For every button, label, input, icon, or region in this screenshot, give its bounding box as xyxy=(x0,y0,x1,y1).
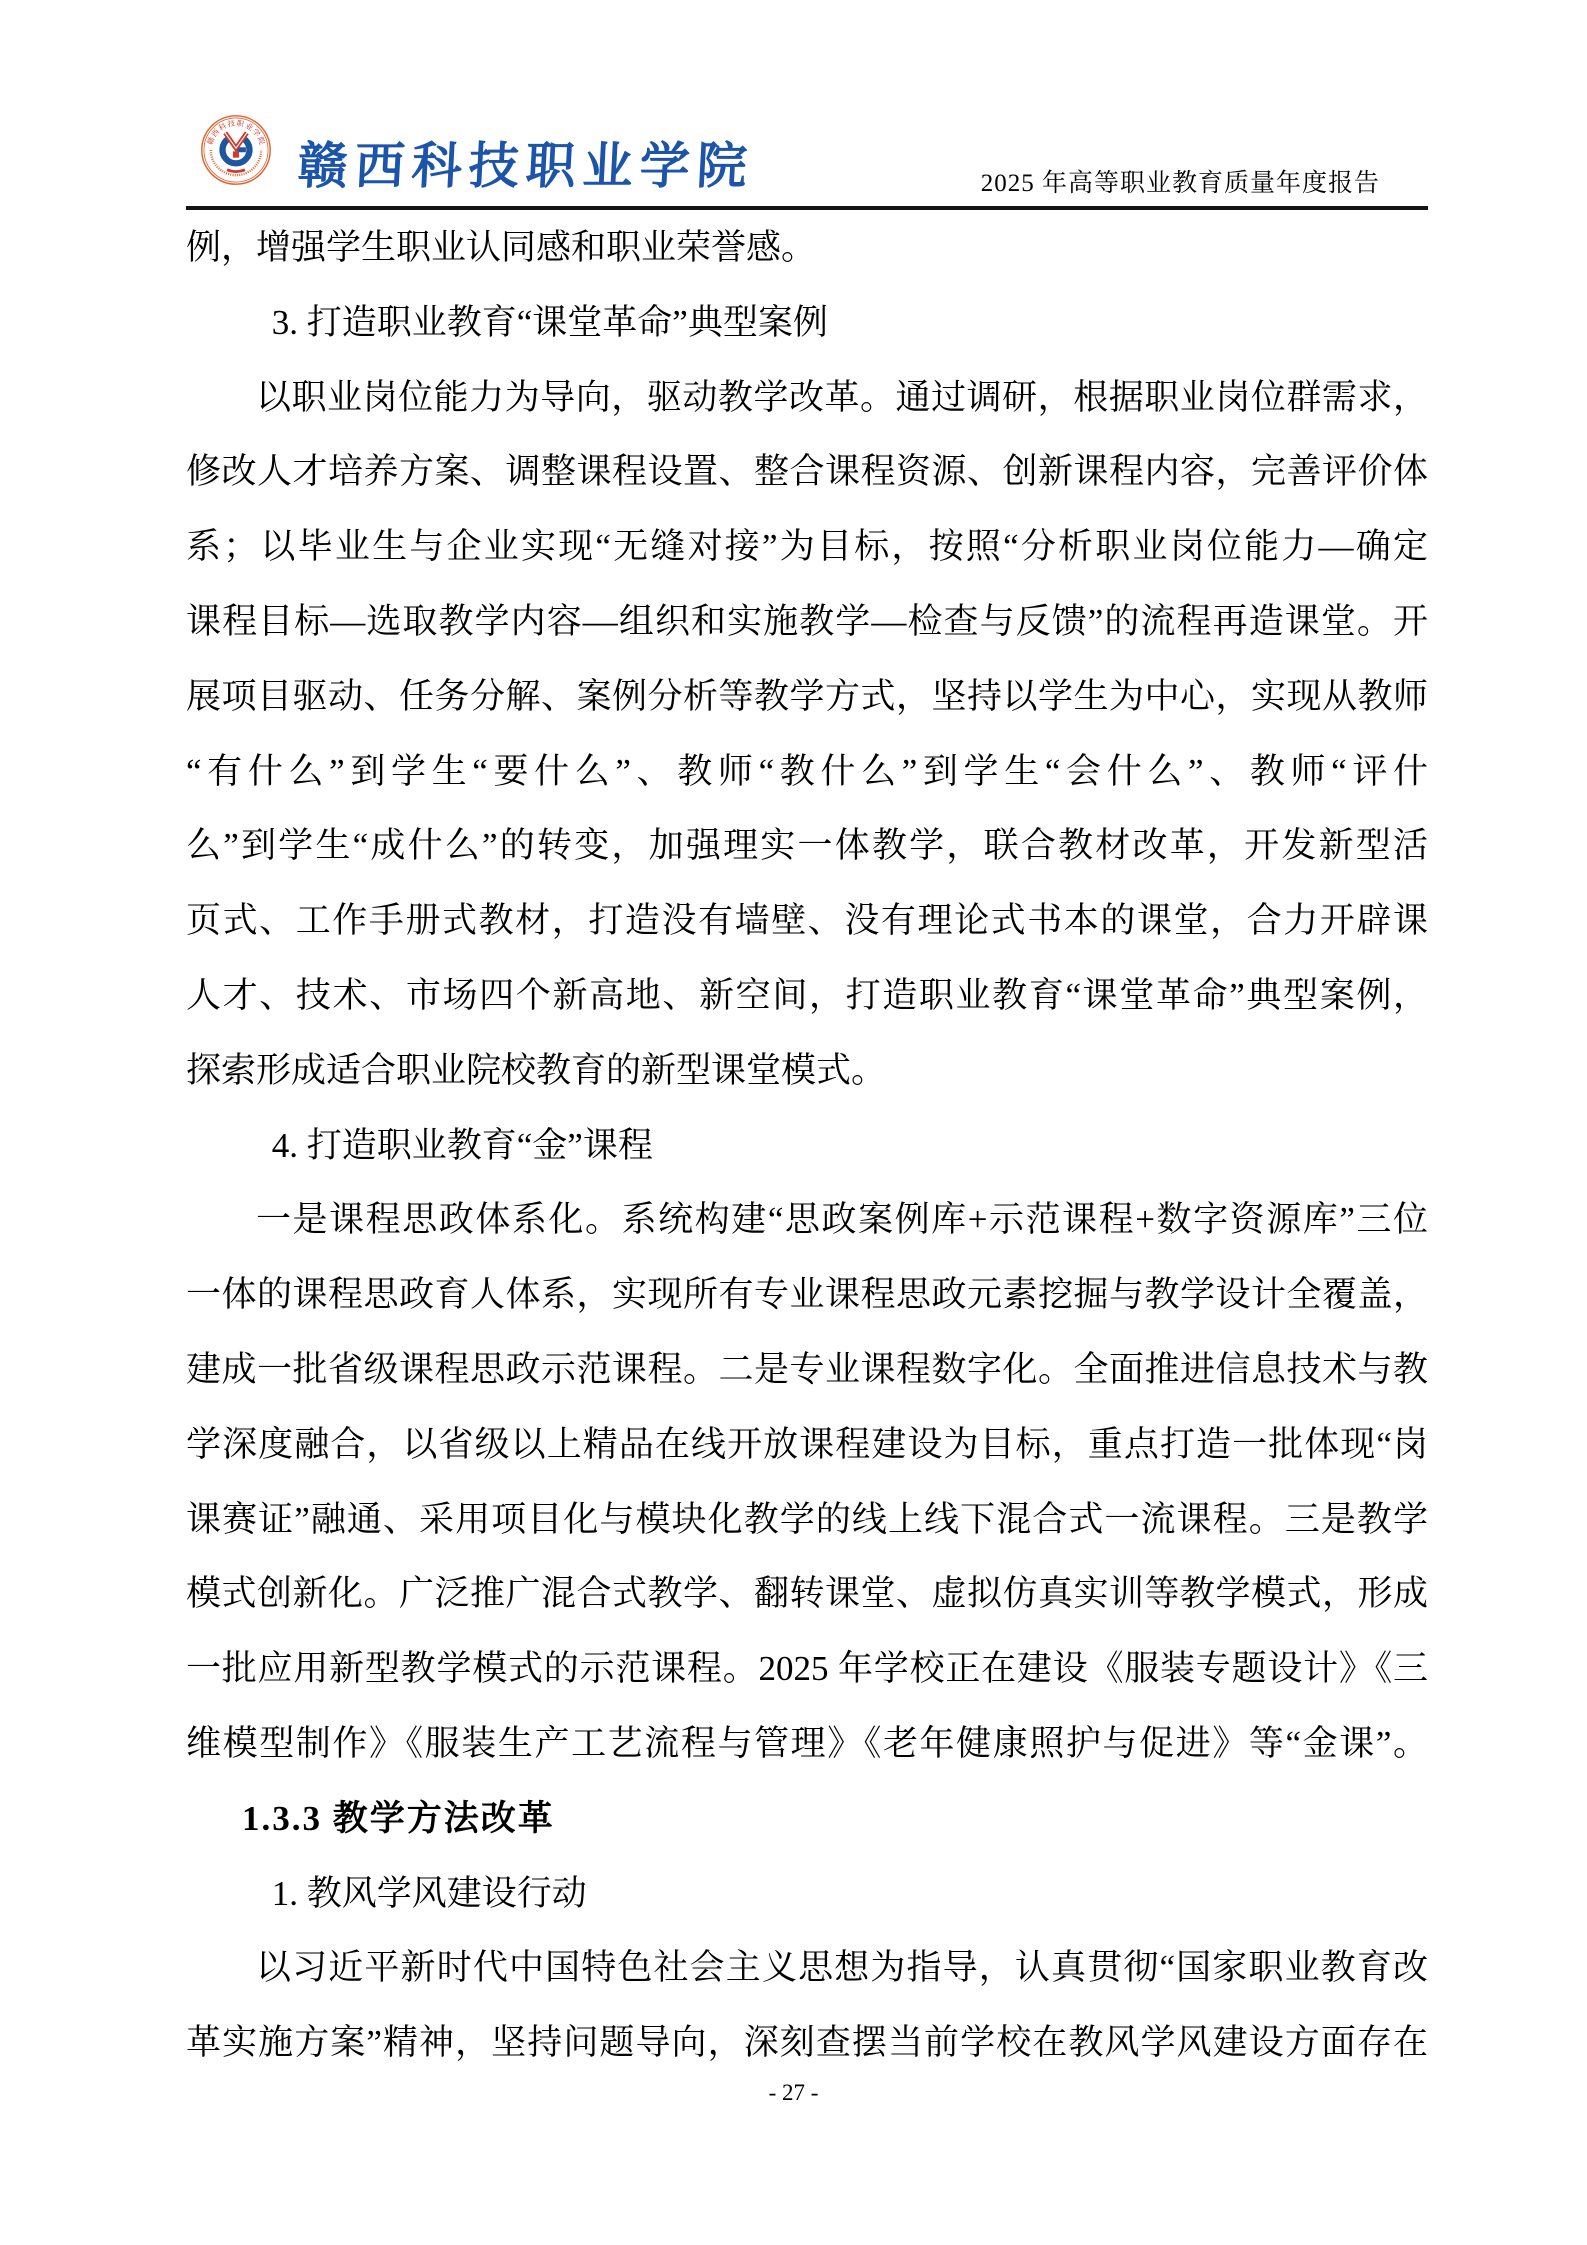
text-line: 模式创新化。广泛推广混合式教学、翻转课堂、虚拟仿真实训等教学模式，形成 xyxy=(186,1557,1428,1632)
report-page: 赣西科技职业学院 赣西科技职业学院 2025 年高等职业教育质量年度报告 例 xyxy=(0,0,1587,2245)
text-line: 页式、工作手册式教材，打造没有墙壁、没有理论式书本的课堂，合力开辟课堂、 xyxy=(186,884,1428,959)
text-line: 系；以毕业生与企业实现“无缝对接”为目标，按照“分析职业岗位能力—确定 xyxy=(186,510,1428,585)
text-line: “有什么”到学生“要什么”、教师“教什么”到学生“会什么”、教师“评什 xyxy=(186,735,1428,810)
text-line: 维模型制作》《服装生产工艺流程与管理》《老年健康照护与促进》等“金课”。 xyxy=(186,1707,1428,1782)
text-line: 展项目驱动、任务分解、案例分析等教学方式，坚持以学生为中心，实现从教师 xyxy=(186,660,1428,735)
text-line: 么”到学生“成什么”的转变，加强理实一体教学，联合教材改革，开发新型活 xyxy=(186,809,1428,884)
page-number: - 27 - xyxy=(0,2080,1587,2106)
subheading-3: 3. 打造职业教育“课堂革命”典型案例 xyxy=(186,286,1428,361)
section-heading-133: 1.3.3 教学方法改革 xyxy=(186,1782,1428,1857)
text-line: 探索形成适合职业院校教育的新型课堂模式。 xyxy=(186,1034,1428,1109)
page-header: 赣西科技职业学院 赣西科技职业学院 2025 年高等职业教育质量年度报告 xyxy=(186,0,1428,210)
text-line: 革实施方案”精神，坚持问题导向，深刻查摆当前学校在教风学风建设方面存在 xyxy=(186,2006,1428,2081)
text-line: 学深度融合，以省级以上精品在线开放课程建设为目标，重点打造一批体现“岗 xyxy=(186,1408,1428,1483)
text-line: 一批应用新型教学模式的示范课程。2025 年学校正在建设《服装专题设计》《三 xyxy=(186,1632,1428,1707)
text-line: 修改人才培养方案、调整课程设置、整合课程资源、创新课程内容，完善评价体 xyxy=(186,435,1428,510)
school-name: 赣西科技职业学院 xyxy=(296,126,756,198)
text-line: 一是课程思政体系化。系统构建“思政案例库+示范课程+数字资源库”三位 xyxy=(186,1183,1428,1258)
text-line: 建成一批省级课程思政示范课程。二是专业课程数字化。全面推进信息技术与教 xyxy=(186,1333,1428,1408)
text-line: 课赛证”融通、采用项目化与模块化教学的线上线下混合式一流课程。三是教学 xyxy=(186,1483,1428,1558)
school-logo-icon: 赣西科技职业学院 xyxy=(200,114,272,186)
text-line: 人才、技术、市场四个新高地、新空间，打造职业教育“课堂革命”典型案例， xyxy=(186,959,1428,1034)
text-line: 以职业岗位能力为导向，驱动教学改革。通过调研，根据职业岗位群需求， xyxy=(186,361,1428,436)
text-line: 课程目标—选取教学内容—组织和实施教学—检查与反馈”的流程再造课堂。开 xyxy=(186,585,1428,660)
subheading-4: 4. 打造职业教育“金”课程 xyxy=(186,1109,1428,1184)
subheading-1: 1. 教风学风建设行动 xyxy=(186,1857,1428,1932)
document-body: 例，增强学生职业认同感和职业荣誉感。 3. 打造职业教育“课堂革命”典型案例 以… xyxy=(186,211,1428,2081)
text-line: 例，增强学生职业认同感和职业荣誉感。 xyxy=(186,211,1428,286)
report-title: 2025 年高等职业教育质量年度报告 xyxy=(981,163,1380,199)
text-line: 以习近平新时代中国特色社会主义思想为指导，认真贯彻“国家职业教育改 xyxy=(186,1931,1428,2006)
text-line: 一体的课程思政育人体系，实现所有专业课程思政元素挖掘与教学设计全覆盖， xyxy=(186,1258,1428,1333)
